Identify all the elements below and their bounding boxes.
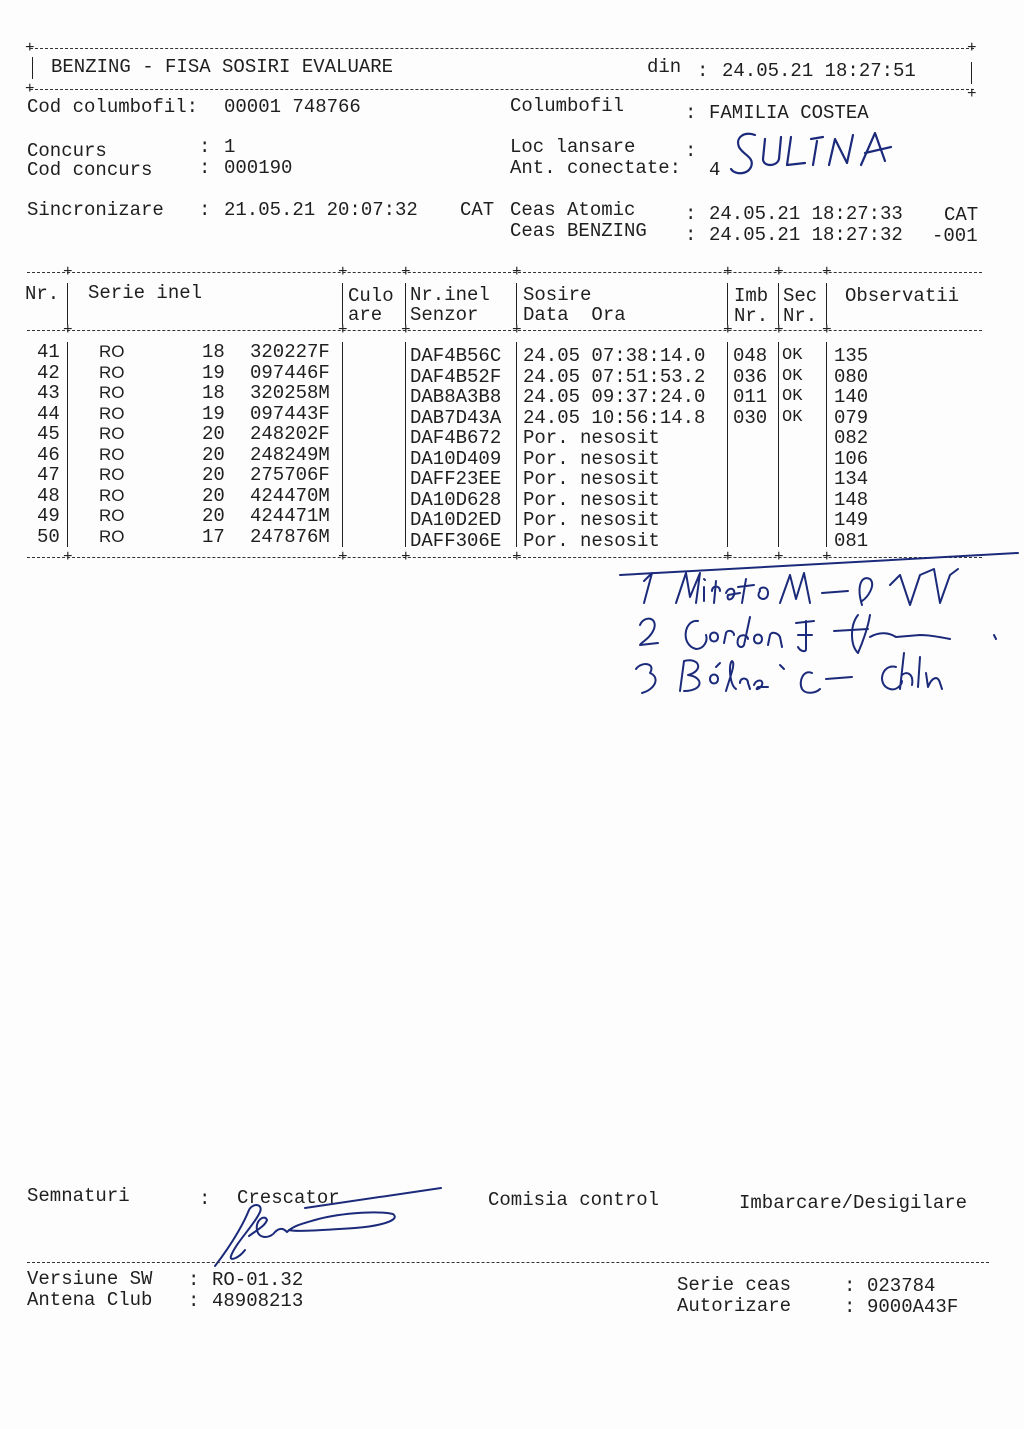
- row-obs: 106: [834, 449, 868, 470]
- row-senzor: DA10D628: [410, 490, 501, 511]
- corner: +: [967, 40, 977, 56]
- row-obs: 135: [834, 346, 868, 367]
- row-serie: 320227F: [250, 342, 330, 363]
- column-divider: [405, 342, 406, 547]
- column-divider: [826, 283, 827, 325]
- ceas-atomic-colon: :: [685, 204, 696, 225]
- header-observatii: Observatii: [845, 286, 959, 307]
- header-left-border: [32, 57, 33, 79]
- sincronizare-colon: :: [199, 200, 210, 221]
- table-rule: [27, 330, 982, 331]
- row-sosire: Por. nesosit: [523, 428, 660, 449]
- row-serie: 247876M: [250, 527, 330, 548]
- row-senzor: DA10D409: [410, 449, 501, 470]
- column-divider: [778, 342, 779, 547]
- handwritten-loc-lansare: [725, 125, 915, 185]
- imbarcare-desigilare-label: Imbarcare/Desigilare: [739, 1193, 967, 1214]
- row-obs: 134: [834, 469, 868, 490]
- crescator-signature: [205, 1180, 455, 1270]
- row-tara: RO: [99, 363, 125, 384]
- serie-ceas-value: 023784: [867, 1276, 935, 1297]
- header-imb: Imb: [734, 286, 768, 307]
- row-imb: 048: [733, 346, 767, 367]
- ceas-benzing-label: Ceas BENZING: [510, 221, 647, 242]
- row-nr: 41: [37, 342, 60, 363]
- table-rule-joint: +: [63, 264, 73, 280]
- row-imb: 011: [733, 387, 767, 408]
- row-obs: 148: [834, 490, 868, 511]
- row-an: 20: [202, 445, 225, 466]
- table-rule-joint: +: [338, 549, 348, 565]
- row-nr: 46: [37, 445, 60, 466]
- header-nr-inel: Nr.inel: [410, 285, 490, 306]
- column-divider: [516, 283, 517, 325]
- row-serie: 248202F: [250, 424, 330, 445]
- row-serie: 424470M: [250, 486, 330, 507]
- cod-concurs-value: 000190: [224, 158, 292, 179]
- ceas-atomic-zone: CAT: [944, 205, 978, 226]
- ant-conectate-value: 4: [709, 160, 720, 181]
- row-an: 19: [202, 363, 225, 384]
- row-nr: 43: [37, 383, 60, 404]
- autorizare-value: 9000A43F: [867, 1297, 958, 1318]
- din-colon: :: [697, 61, 708, 82]
- row-senzor: DAB8A3B8: [410, 387, 501, 408]
- column-divider: [516, 342, 517, 547]
- table-rule-joint: +: [512, 549, 522, 565]
- header-culoare-2: are: [348, 305, 382, 326]
- row-serie: 097443F: [250, 404, 330, 425]
- sincronizare-label: Sincronizare: [27, 200, 164, 221]
- row-nr: 50: [37, 527, 60, 548]
- column-divider: [342, 342, 343, 547]
- column-divider: [727, 283, 728, 325]
- columbofil-label: Columbofil: [510, 96, 624, 117]
- row-tara: RO: [99, 465, 125, 486]
- versiune-sw-colon: :: [188, 1270, 199, 1291]
- column-divider: [67, 342, 68, 547]
- row-tara: RO: [99, 424, 125, 445]
- header-sec-nr: Nr.: [783, 306, 817, 327]
- row-an: 19: [202, 404, 225, 425]
- row-sosire: Por. nesosit: [523, 449, 660, 470]
- row-sec: OK: [782, 367, 802, 388]
- column-divider: [826, 342, 827, 547]
- autorizare-colon: :: [844, 1297, 855, 1318]
- corner: +: [25, 81, 35, 97]
- loc-lansare-label: Loc lansare: [510, 137, 635, 158]
- loc-lansare-colon: :: [685, 141, 696, 162]
- row-sosire: 24.05 10:56:14.8: [523, 408, 705, 429]
- row-sec: OK: [782, 346, 802, 367]
- row-obs: 149: [834, 510, 868, 531]
- row-an: 20: [202, 506, 225, 527]
- concurs-value: 1: [224, 137, 235, 158]
- row-tara: RO: [99, 527, 125, 548]
- versiune-sw-label: Versiune SW: [27, 1269, 152, 1290]
- comisia-control-label: Comisia control: [488, 1190, 659, 1211]
- ceas-atomic-label: Ceas Atomic: [510, 200, 635, 221]
- row-imb: 036: [733, 367, 767, 388]
- row-sosire: 24.05 07:51:53.2: [523, 367, 705, 388]
- header-imb-nr: Nr.: [734, 306, 768, 327]
- serie-ceas-label: Serie ceas: [677, 1275, 791, 1296]
- row-serie: 424471M: [250, 506, 330, 527]
- row-imb: 030: [733, 408, 767, 429]
- row-tara: RO: [99, 404, 125, 425]
- din-value: 24.05.21 18:27:51: [722, 61, 916, 82]
- ceas-atomic-value: 24.05.21 18:27:33: [709, 204, 903, 225]
- row-obs: 140: [834, 387, 868, 408]
- row-an: 17: [202, 527, 225, 548]
- header-nr: Nr.: [25, 284, 59, 305]
- header-senzor: Senzor: [410, 305, 478, 326]
- antena-club-label: Antena Club: [27, 1290, 152, 1311]
- cod-columbofil-label: Cod columbofil:: [27, 97, 198, 118]
- row-nr: 47: [37, 465, 60, 486]
- row-an: 20: [202, 424, 225, 445]
- column-divider: [342, 283, 343, 325]
- row-an: 18: [202, 383, 225, 404]
- concurs-colon: :: [199, 137, 210, 158]
- table-rule-joint: +: [774, 264, 784, 280]
- row-obs: 080: [834, 367, 868, 388]
- header-sec: Sec: [783, 286, 817, 307]
- versiune-sw-value: RO-01.32: [212, 1270, 303, 1291]
- row-serie: 320258M: [250, 383, 330, 404]
- columbofil-colon: :: [685, 103, 696, 124]
- row-tara: RO: [99, 342, 125, 363]
- table-rule-joint: +: [338, 264, 348, 280]
- ant-conectate-label: Ant. conectate:: [510, 158, 681, 179]
- row-nr: 45: [37, 424, 60, 445]
- semnaturi-label: Semnaturi: [27, 1186, 130, 1207]
- row-sosire: 24.05 09:37:24.0: [523, 387, 705, 408]
- row-nr: 49: [37, 506, 60, 527]
- row-nr: 44: [37, 404, 60, 425]
- row-an: 18: [202, 342, 225, 363]
- antena-club-colon: :: [188, 1291, 199, 1312]
- header-right-border: [971, 62, 972, 84]
- row-senzor: DAFF306E: [410, 531, 501, 552]
- sincronizare-value: 21.05.21 20:07:32: [224, 200, 418, 221]
- row-an: 20: [202, 465, 225, 486]
- columbofil-value: FAMILIA COSTEA: [709, 103, 869, 124]
- row-tara: RO: [99, 445, 125, 466]
- row-sec: OK: [782, 408, 802, 429]
- row-obs: 082: [834, 428, 868, 449]
- cod-concurs-label: Cod concurs: [27, 160, 152, 181]
- document-title: BENZING - FISA SOSIRI EVALUARE: [51, 57, 393, 78]
- cod-concurs-colon: :: [199, 158, 210, 179]
- row-sosire: Por. nesosit: [523, 469, 660, 490]
- corner: +: [967, 86, 977, 102]
- handwritten-notes: [600, 545, 1024, 705]
- row-tara: RO: [99, 486, 125, 507]
- footer-separator: [27, 1262, 989, 1263]
- header-bottom-border: [30, 89, 974, 90]
- table-rule-joint: +: [723, 264, 733, 280]
- row-sec: OK: [782, 387, 802, 408]
- ceas-benzing-colon: :: [685, 225, 696, 246]
- header-top-border: [30, 48, 974, 49]
- row-serie: 275706F: [250, 465, 330, 486]
- antena-club-value: 48908213: [212, 1291, 303, 1312]
- header-serie-inel: Serie inel: [88, 283, 202, 304]
- row-an: 20: [202, 486, 225, 507]
- row-obs: 079: [834, 408, 868, 429]
- ceas-benzing-value: 24.05.21 18:27:32: [709, 225, 903, 246]
- row-tara: RO: [99, 383, 125, 404]
- row-serie: 248249M: [250, 445, 330, 466]
- row-nr: 48: [37, 486, 60, 507]
- row-tara: RO: [99, 506, 125, 527]
- row-senzor: DAF4B56C: [410, 346, 501, 367]
- row-senzor: DAB7D43A: [410, 408, 501, 429]
- table-rule: [27, 272, 982, 273]
- row-senzor: DAF4B52F: [410, 367, 501, 388]
- row-senzor: DAFF23EE: [410, 469, 501, 490]
- column-divider: [405, 283, 406, 325]
- row-nr: 42: [37, 363, 60, 384]
- table-rule-joint: +: [822, 264, 832, 280]
- autorizare-label: Autorizare: [677, 1296, 791, 1317]
- column-divider: [67, 283, 68, 325]
- cod-columbofil-value: 00001 748766: [224, 97, 361, 118]
- row-senzor: DA10D2ED: [410, 510, 501, 531]
- sincronizare-zone: CAT: [460, 200, 494, 221]
- header-sosire: Sosire: [523, 285, 591, 306]
- row-serie: 097446F: [250, 363, 330, 384]
- din-label: din: [647, 57, 681, 78]
- row-senzor: DAF4B672: [410, 428, 501, 449]
- serie-ceas-colon: :: [844, 1276, 855, 1297]
- table-rule-joint: +: [63, 549, 73, 565]
- ceas-benzing-offset: -001: [932, 226, 978, 247]
- column-divider: [727, 342, 728, 547]
- row-sosire: Por. nesosit: [523, 510, 660, 531]
- corner: +: [25, 40, 35, 56]
- column-divider: [778, 283, 779, 325]
- table-rule-joint: +: [512, 264, 522, 280]
- row-sosire: 24.05 07:38:14.0: [523, 346, 705, 367]
- table-rule-joint: +: [401, 264, 411, 280]
- header-data-ora: Data Ora: [523, 305, 626, 326]
- row-sosire: Por. nesosit: [523, 490, 660, 511]
